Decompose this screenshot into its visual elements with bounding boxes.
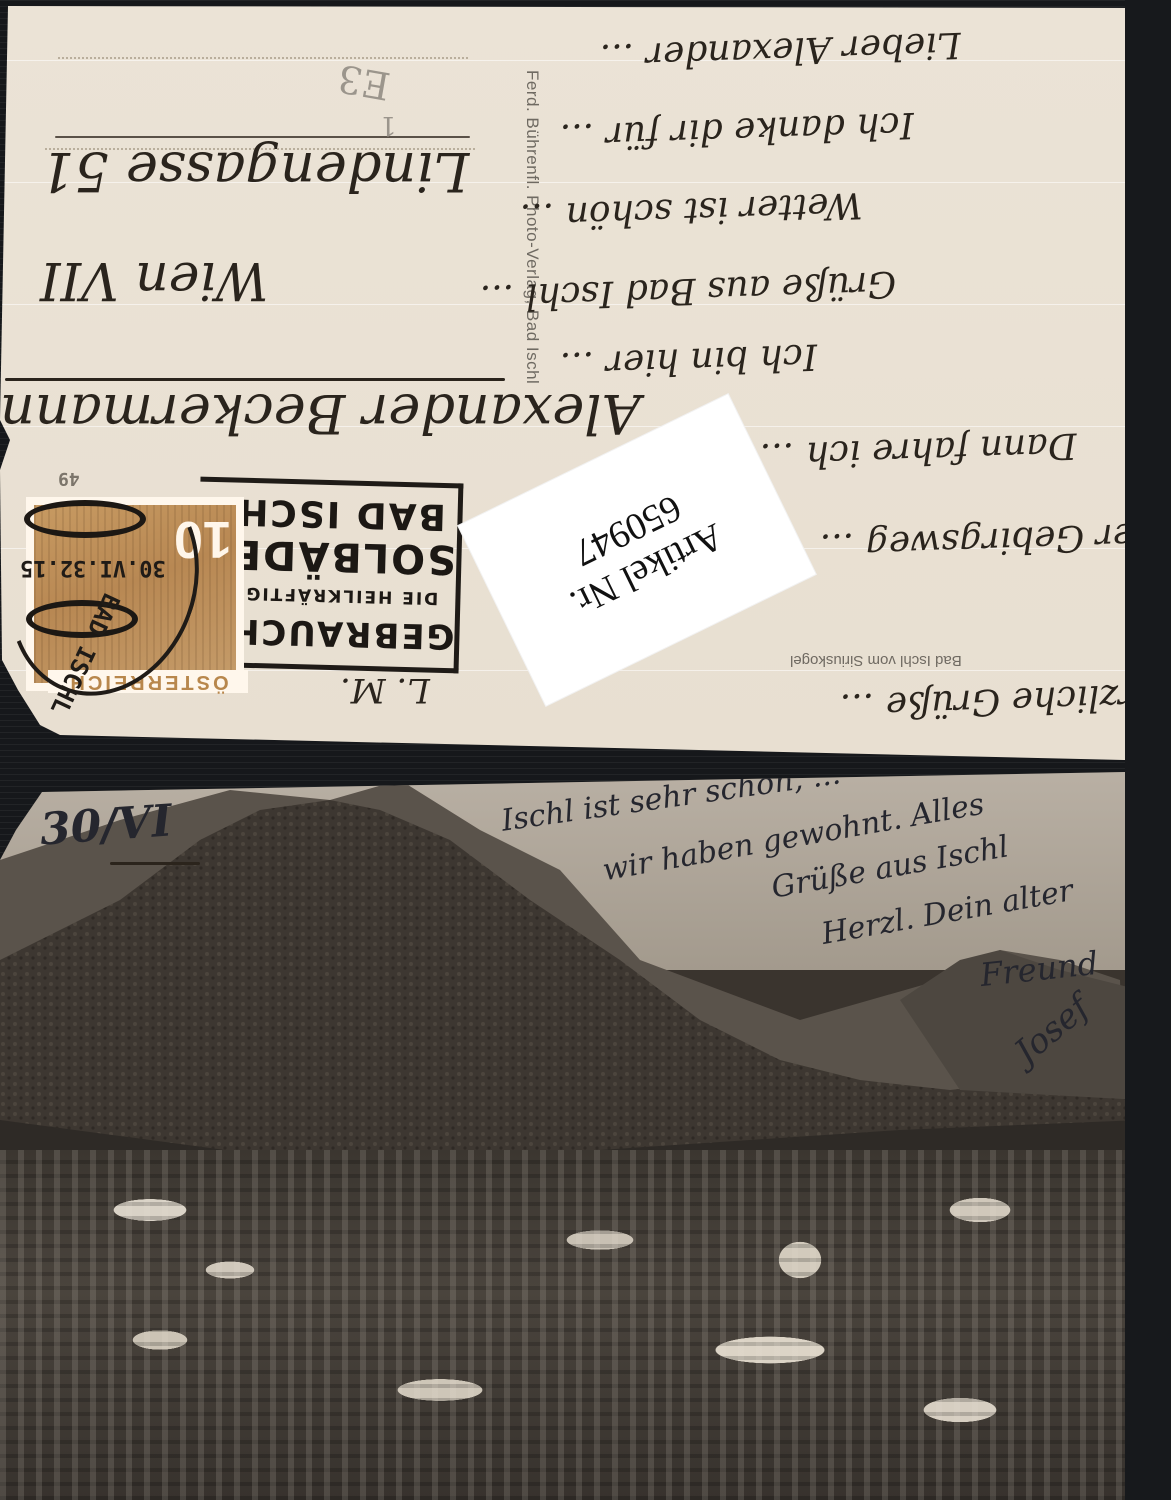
date-note: 30/VI	[38, 795, 173, 855]
address-underline	[5, 378, 505, 381]
postmark-bar	[24, 500, 146, 538]
address-street: Lindengasse 51	[40, 140, 469, 203]
message-line: Ich danke dir für ...	[559, 104, 914, 157]
pencil-mark: 1	[380, 110, 397, 140]
pencil-note: E3	[335, 56, 394, 108]
address-dotted-line	[58, 57, 468, 59]
greeting-initials: L. M.	[340, 670, 430, 710]
message-line: Wetter ist schön ...	[519, 184, 863, 237]
message-line: Herzliche Grüße ...	[839, 674, 1171, 727]
address-city: Wien VII	[40, 250, 269, 310]
message-line: Der Gebirgsweg ...	[819, 514, 1163, 567]
address-name: Alexander Beckermann	[0, 382, 641, 445]
address-rule	[55, 136, 470, 138]
date-underline	[110, 862, 200, 865]
postmark-number: 49	[58, 468, 80, 489]
scanner-edge	[1125, 0, 1171, 1500]
message-line: Lieber Alexander ...	[599, 24, 961, 78]
message-line: Grüße aus Bad Ischl ...	[479, 263, 896, 319]
message-line: Dann fahre ich ...	[759, 424, 1077, 476]
photo-town	[0, 1150, 1171, 1500]
postmark-date: 30.VI.32.15	[20, 555, 166, 580]
message-line: Ich bin hier ...	[559, 336, 817, 386]
photo-caption: Bad Ischl vom Siriuskogel	[790, 652, 962, 669]
